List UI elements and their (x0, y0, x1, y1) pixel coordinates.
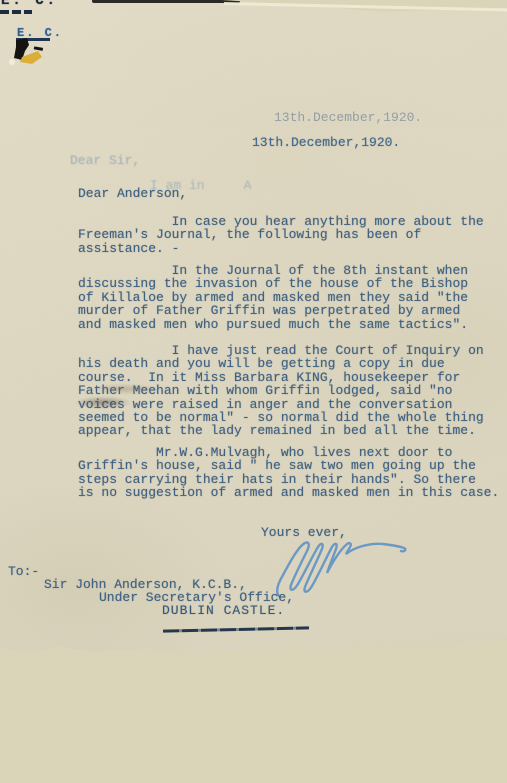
typed-line: his death and you will be getting a copy… (78, 357, 484, 370)
cut-off-header-text: E. C. (1, 0, 58, 9)
letter-page: E. C. E. C. 13th.December,1920. 13th.Dec… (0, 0, 507, 783)
typed-line: In the Journal of the 8th instant when (78, 264, 468, 277)
typed-line: murder of Father Griffin was perpetrated… (78, 304, 468, 317)
typed-line: voices were raised in anger and the conv… (78, 398, 484, 411)
scan-edge-artifact (92, 0, 240, 3)
typed-line: is no suggestion of armed and masked men… (78, 486, 499, 499)
letter-date-faint: 13th.December,1920. (274, 111, 422, 124)
typed-line: I have just read the Court of Inquiry on (78, 344, 484, 357)
typed-line: Mr.W.G.Mulvagh, who lives next door to (78, 446, 499, 459)
typed-line: and masked men who pursued much the same… (78, 318, 468, 331)
typed-line: Freeman's Journal, the following has bee… (78, 228, 484, 241)
paragraph-3: I have just read the Court of Inquiry on… (78, 344, 484, 438)
ink-blot-icon (8, 37, 44, 67)
scan-background: E. C. E. C. 13th.December,1920. 13th.Dec… (0, 0, 507, 783)
typed-line: steps carrying their hats in their hands… (78, 473, 499, 486)
typed-line: seemed to be normal" - so normal did the… (78, 411, 484, 424)
paragraph-1: In case you hear anything more about the… (78, 215, 484, 255)
typed-line: Father Meehan with whom Griffin lodged, … (78, 384, 484, 397)
address-line-castle: DUBLIN CASTLE. (162, 604, 285, 617)
paragraph-4: Mr.W.G.Mulvagh, who lives next door toGr… (78, 446, 499, 500)
typed-line: Griffin's house, said " he saw two men g… (78, 459, 499, 472)
typed-line: assistance. - (78, 242, 484, 255)
paragraph-2: In the Journal of the 8th instant whendi… (78, 264, 468, 331)
typed-line: course. In it Miss Barbara KING, houseke… (78, 371, 484, 384)
typed-line: In case you hear anything more about the (78, 215, 484, 228)
footer-underline (163, 626, 309, 632)
dash-marks (0, 10, 32, 14)
typed-line: of Killaloe by armed and masked men they… (78, 291, 468, 304)
typed-line: appear, that the lady remained in bed al… (78, 424, 484, 437)
ghost-salutation: Dear Sir, (70, 154, 140, 167)
salutation: Dear Anderson, (78, 187, 187, 200)
letter-date: 13th.December,1920. (252, 136, 400, 149)
typed-line: discussing the invasion of the house of … (78, 277, 468, 290)
to-label: To:- (8, 565, 39, 578)
